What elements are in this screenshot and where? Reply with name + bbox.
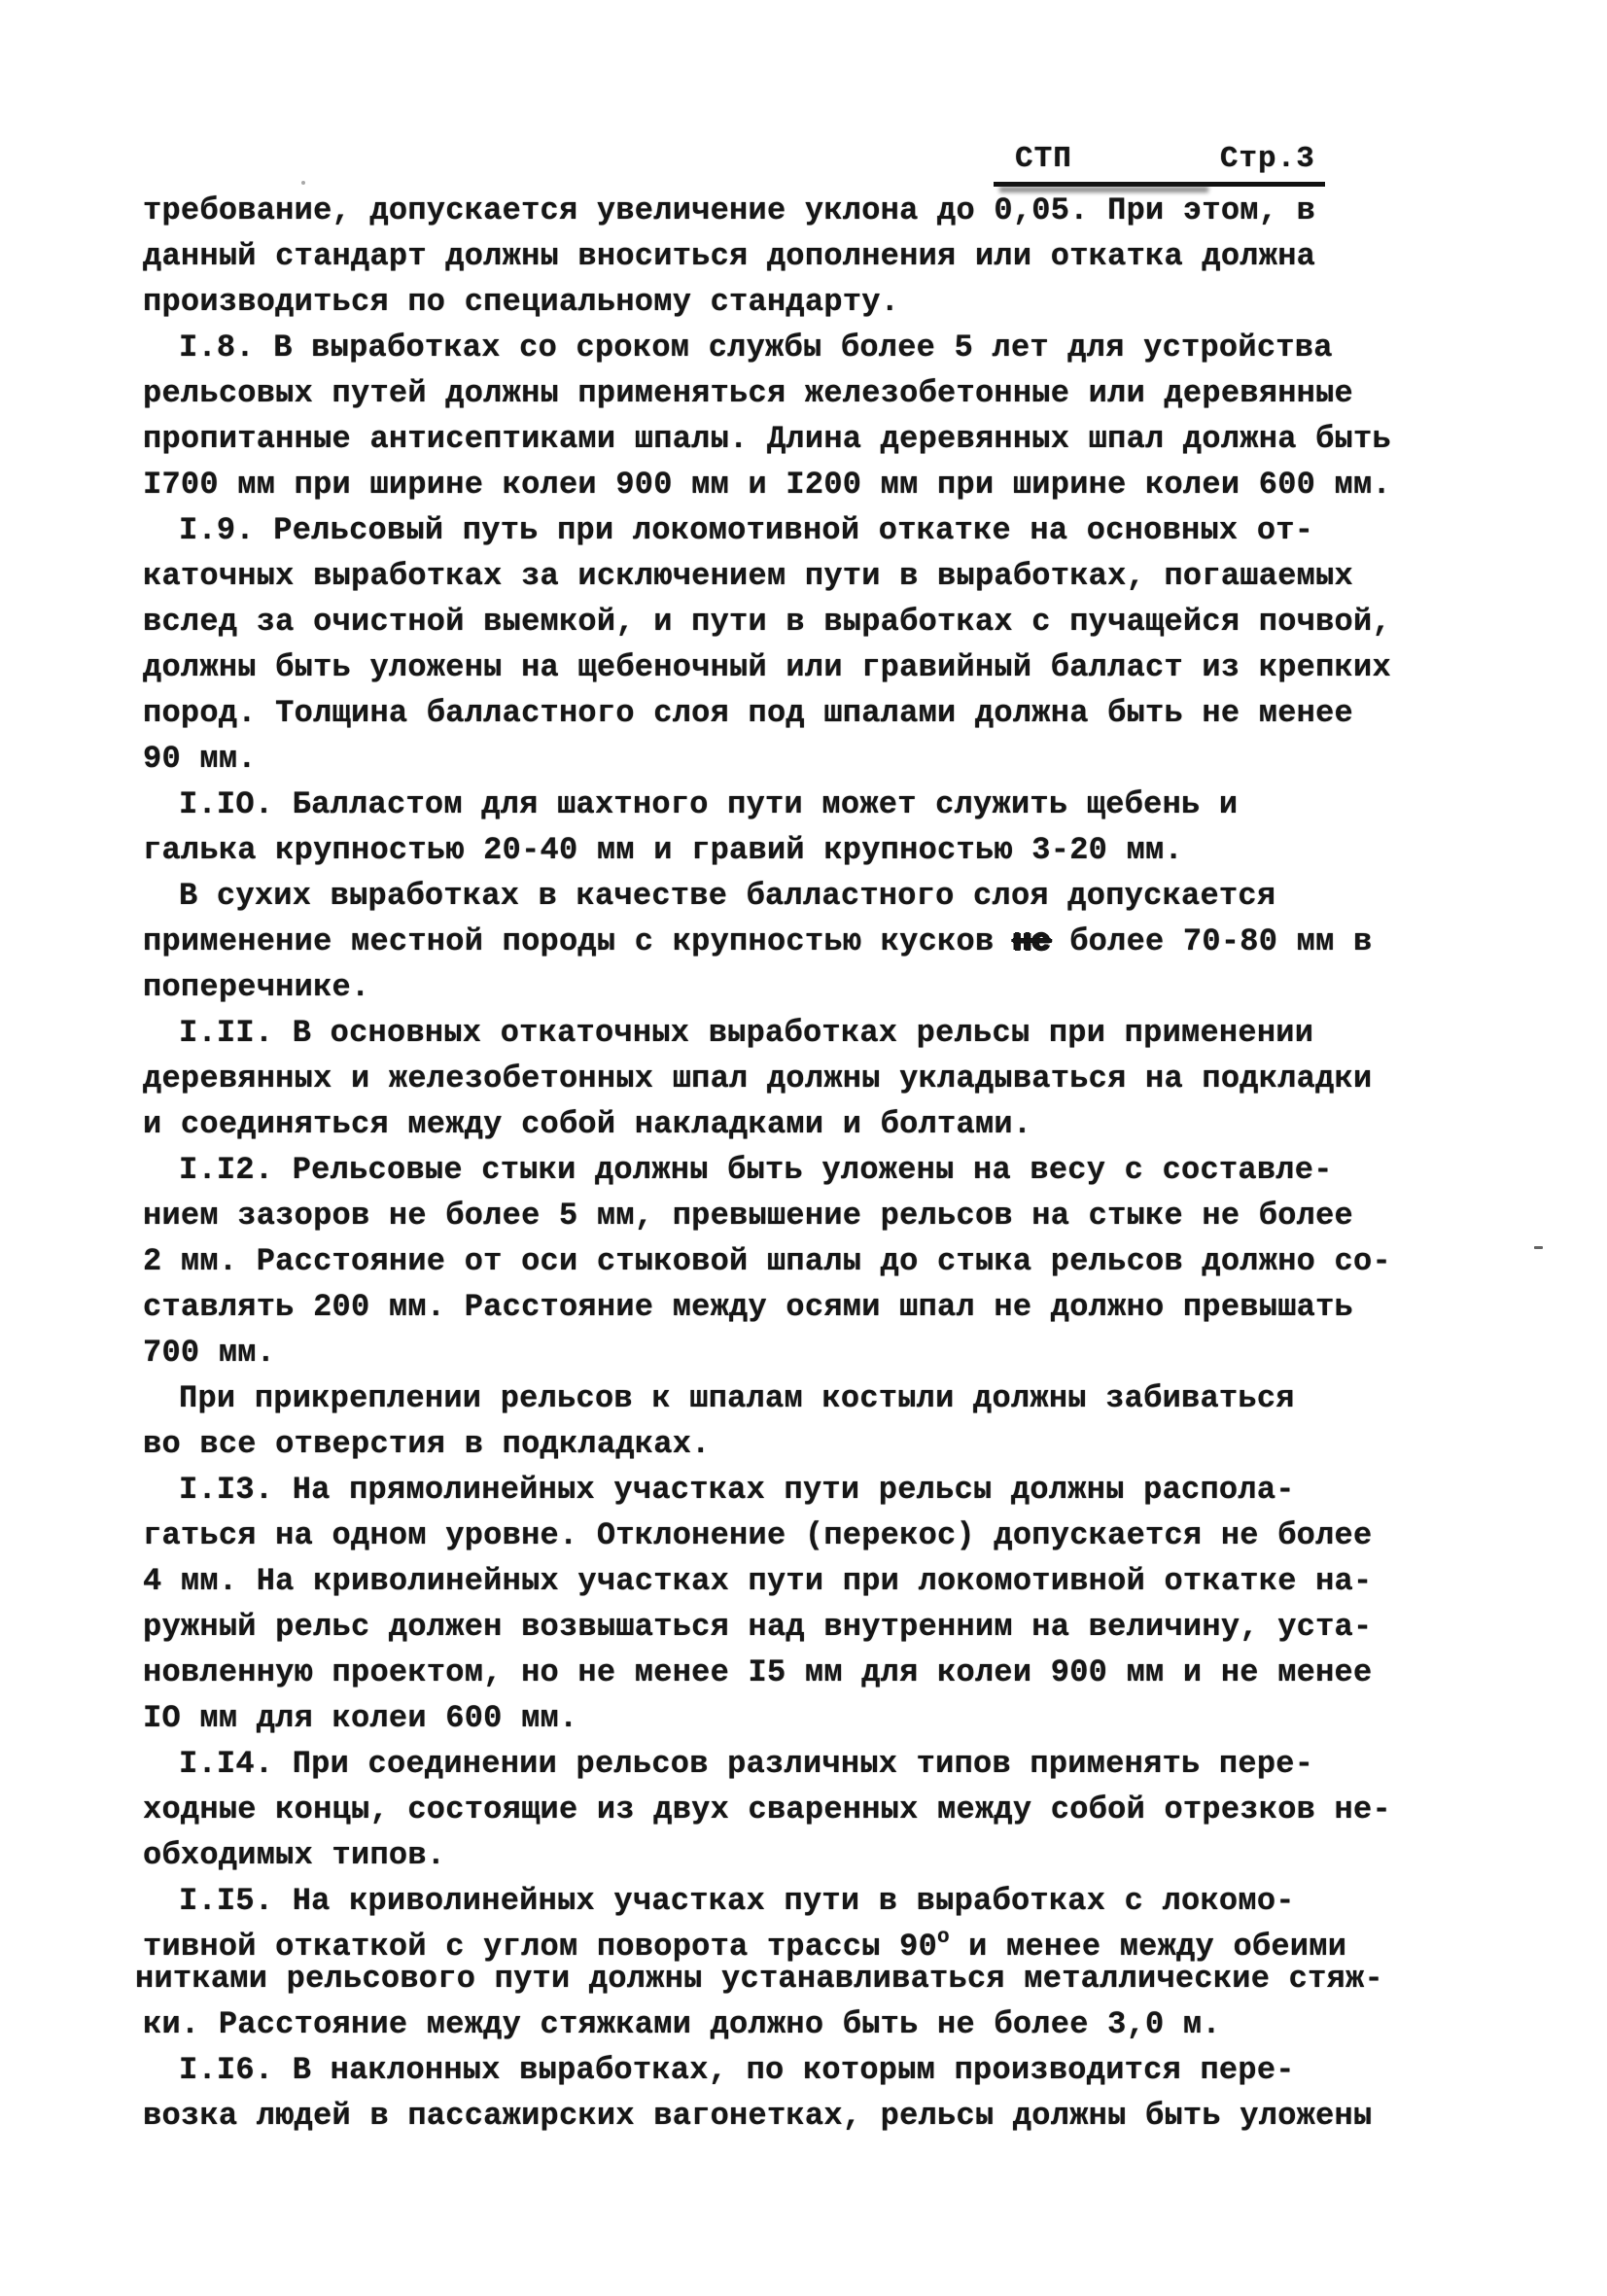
text-line: во все отверстия в подкладках. bbox=[143, 1421, 1436, 1467]
text-line: I.IO. Балластом для шахтного пути может … bbox=[143, 782, 1436, 827]
scan-speck bbox=[301, 181, 305, 185]
text-line: производиться по специальному стандарту. bbox=[143, 279, 1436, 325]
text-line: должны быть уложены на щебеночный или гр… bbox=[143, 644, 1436, 690]
text-line: и соединяться между собой накладками и б… bbox=[143, 1101, 1436, 1147]
text-line: возка людей в пассажирских вагонетках, р… bbox=[143, 2093, 1436, 2139]
scan-speck bbox=[1534, 1246, 1543, 1249]
text-line: поперечнике. bbox=[143, 964, 1436, 1010]
text-line: вслед за очистной выемкой, и пути в выра… bbox=[143, 599, 1436, 644]
text-line: ходные концы, состоящие из двух сваренны… bbox=[143, 1787, 1436, 1832]
text-line: I.9. Рельсовый путь при локомотивной отк… bbox=[143, 507, 1436, 553]
doc-code-label: СТП bbox=[1015, 142, 1072, 176]
text-line: 4 мм. На криволинейных участках пути при… bbox=[143, 1558, 1436, 1604]
page-number-label: Стр.3 bbox=[1220, 142, 1315, 176]
text-line: рельсовых путей должны применяться желез… bbox=[143, 370, 1436, 416]
superscript-degree: о bbox=[937, 1927, 950, 1949]
text-line: I700 мм при ширине колеи 900 мм и I200 м… bbox=[143, 462, 1436, 507]
text-line: гаться на одном уровне. Отклонение (пере… bbox=[143, 1513, 1436, 1558]
page-header: СТП Стр.3 bbox=[994, 142, 1325, 187]
text-line: галька крупностью 20-40 мм и гравий круп… bbox=[143, 827, 1436, 873]
text-line: I.I2. Рельсовые стыки должны быть уложен… bbox=[143, 1147, 1436, 1193]
text-line: 2 мм. Расстояние от оси стыковой шпалы д… bbox=[143, 1238, 1436, 1284]
text-line: каточных выработках за исключением пути … bbox=[143, 553, 1436, 599]
text-line: I.I5. На криволинейных участках пути в в… bbox=[143, 1878, 1436, 1924]
text-line: ки. Расстояние между стяжками должно быт… bbox=[143, 2001, 1436, 2047]
text-line: I.8. В выработках со сроком службы более… bbox=[143, 325, 1436, 370]
text-line: новленную проектом, но не менее I5 мм дл… bbox=[143, 1650, 1436, 1695]
text-line: пропитанные антисептиками шпалы. Длина д… bbox=[143, 416, 1436, 462]
text-line: I.I4. При соединении рельсов различных т… bbox=[143, 1741, 1436, 1787]
text-segment: более 70-80 мм в bbox=[1051, 923, 1373, 959]
text-line: применение местной породы с крупностью к… bbox=[143, 919, 1436, 964]
text-line: пород. Толщина балластного слоя под шпал… bbox=[143, 690, 1436, 736]
text-line: 90 мм. bbox=[143, 736, 1436, 782]
text-line: обходимых типов. bbox=[143, 1832, 1436, 1878]
text-segment: применение местной породы с крупностью к… bbox=[143, 923, 1013, 959]
text-line: I.II. В основных откаточных выработках р… bbox=[143, 1010, 1436, 1056]
text-line: ставлять 200 мм. Расстояние между осями … bbox=[143, 1284, 1436, 1330]
text-line: При прикреплении рельсов к шпалам костыл… bbox=[143, 1375, 1436, 1421]
text-line: данный стандарт должны вноситься дополне… bbox=[143, 233, 1436, 279]
text-line: деревянных и железобетонных шпал должны … bbox=[143, 1056, 1436, 1101]
text-line: 700 мм. bbox=[143, 1330, 1436, 1375]
text-line: I.I6. В наклонных выработках, по которым… bbox=[143, 2047, 1436, 2093]
text-line: нием зазоров не более 5 мм, превышение р… bbox=[143, 1193, 1436, 1238]
text-line: В сухих выработках в качестве балластног… bbox=[143, 873, 1436, 919]
text-line: I.I3. На прямолинейных участках пути рел… bbox=[143, 1467, 1436, 1513]
text-line: требование, допускается увеличение уклон… bbox=[143, 188, 1436, 233]
text-line: ружный рельс должен возвышаться над внут… bbox=[143, 1604, 1436, 1650]
text-line: IO мм для колеи 600 мм. bbox=[143, 1695, 1436, 1741]
text-line: нитками рельсового пути должны устанавли… bbox=[135, 1956, 1436, 2001]
document-body: требование, допускается увеличение уклон… bbox=[143, 188, 1436, 2139]
scanned-page: СТП Стр.3 требование, допускается увелич… bbox=[0, 0, 1607, 2296]
overstruck-word: не bbox=[1013, 923, 1051, 959]
